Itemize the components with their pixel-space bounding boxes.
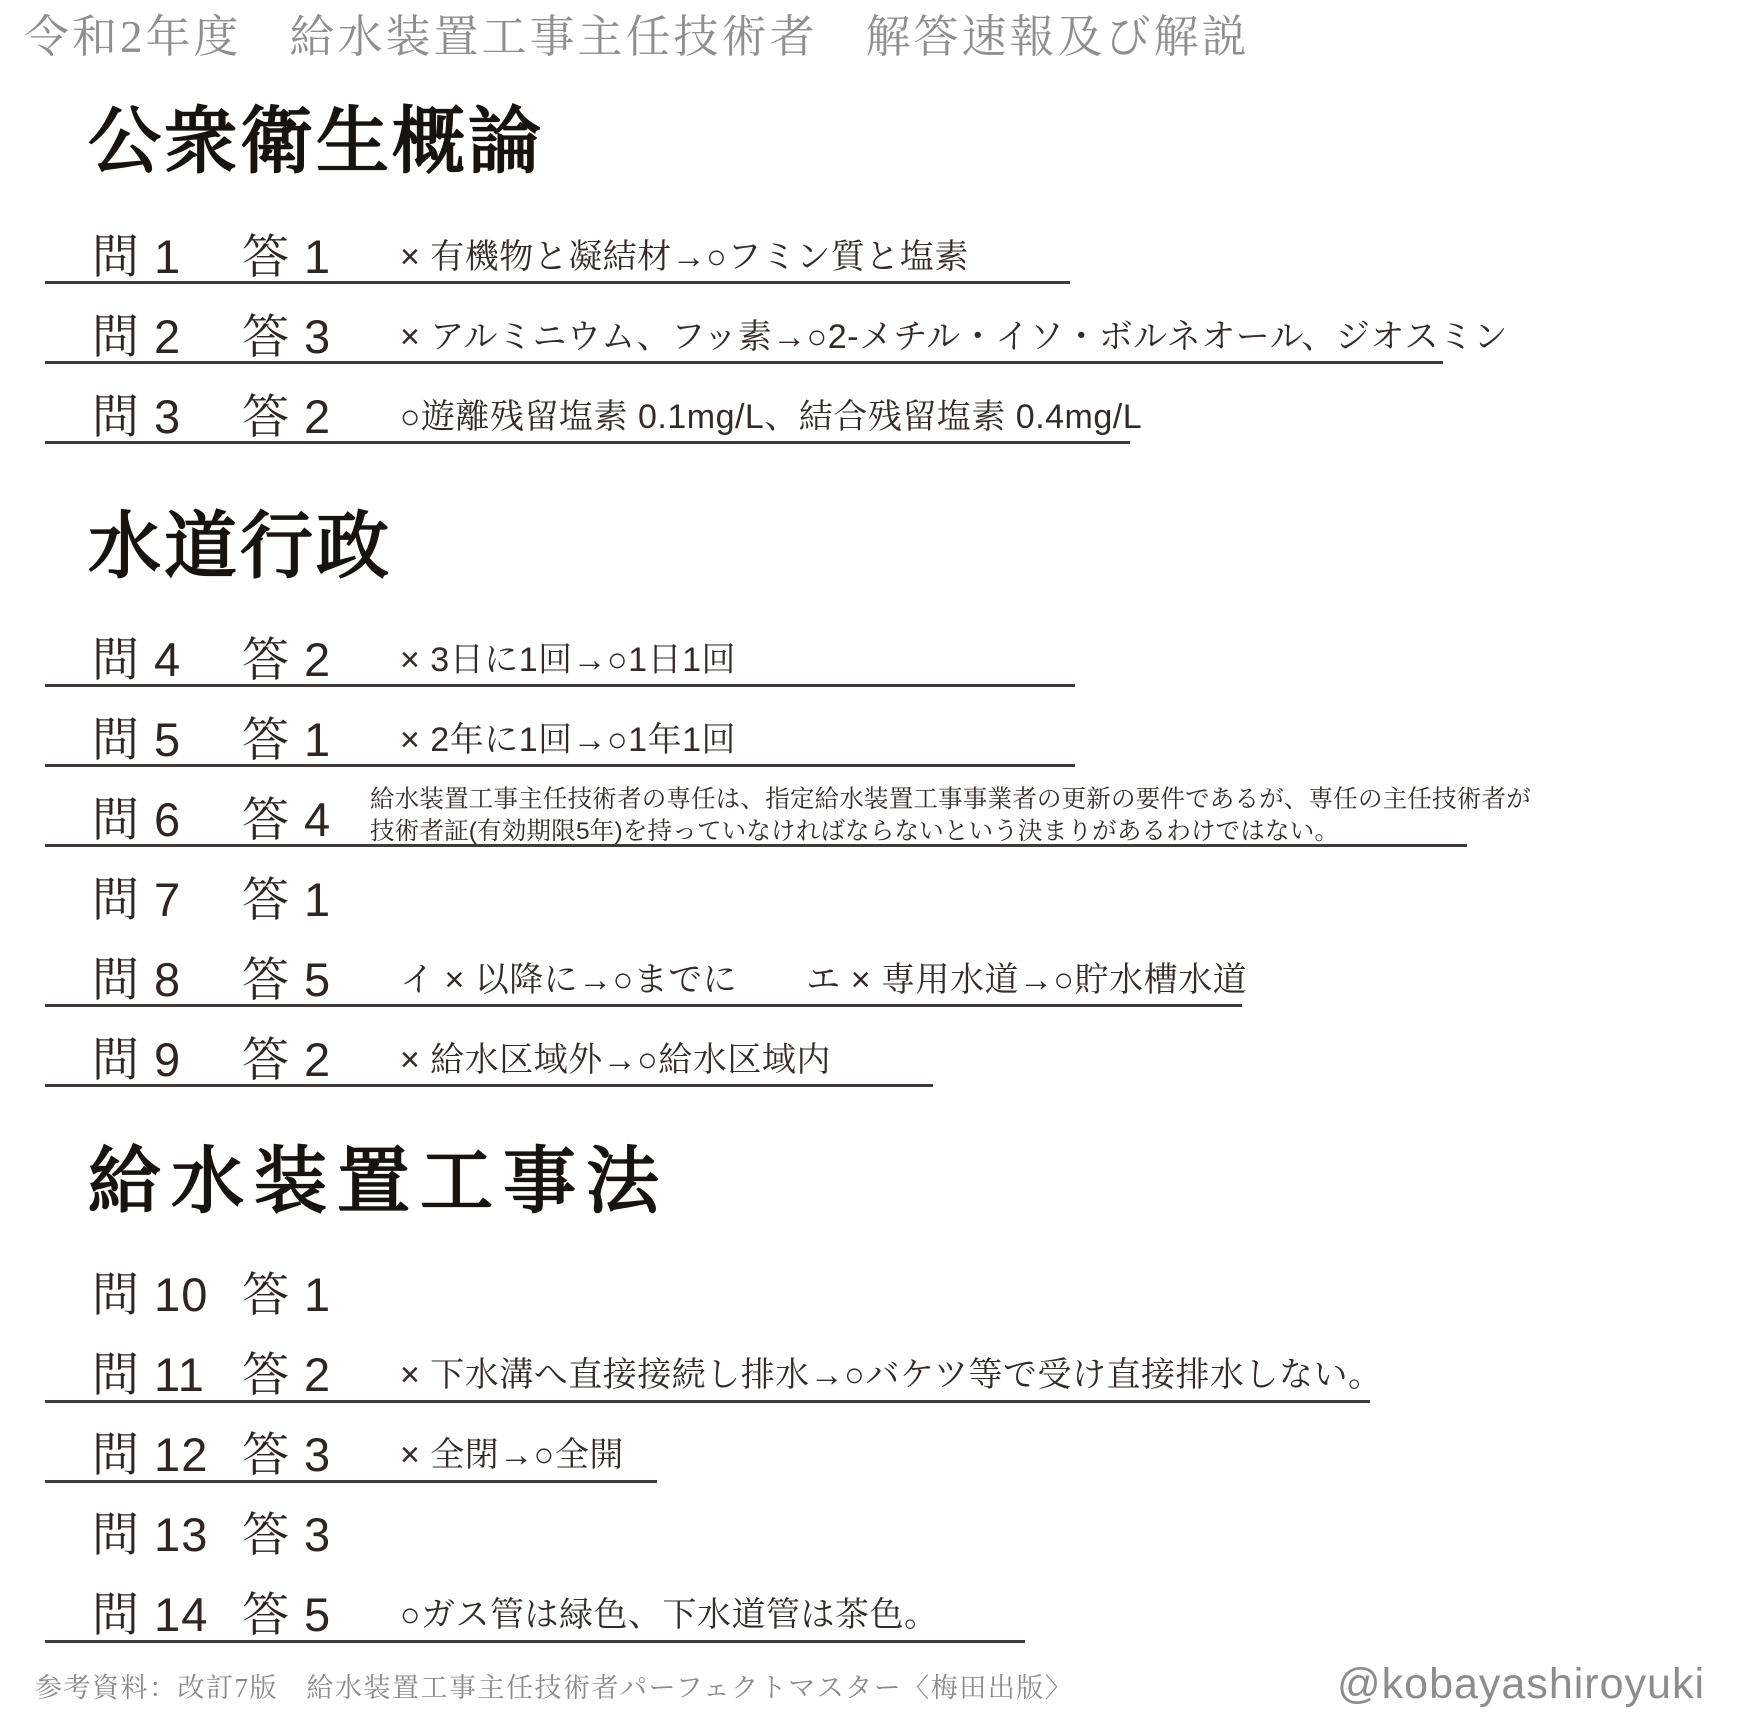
- question-label: 問 1: [92, 220, 242, 287]
- question-label: 問 13: [92, 1498, 242, 1565]
- section-heading-water-administration: 水道行政: [88, 505, 1705, 588]
- answer-label: 答 2: [242, 1338, 400, 1405]
- reference-note: 参考資料：改訂7版 給水装置工事主任技術者パーフェクトマスター〈梅田出版〉: [35, 1666, 1073, 1705]
- section-rows-construction-method: 問 10 答 1 問 11 答 2 × 下水溝へ直接接続し排水→○バケツ等で受け…: [45, 1252, 1705, 1652]
- answer-row-q1: 問 1 答 1 × 有機物と凝結材→○フミン質と塩素: [45, 213, 1705, 293]
- correction-note: × 有機物と凝結材→○フミン質と塩素: [400, 229, 969, 278]
- answer-row-q7: 問 7 答 1: [45, 856, 1705, 936]
- section-heading-public-health: 公衆衛生概論: [88, 100, 1705, 183]
- answer-row-q6: 問 6 答 4 給水装置工事主任技術者の専任は、指定給水装置工事事業者の更新の要…: [45, 776, 1705, 856]
- answer-row-q4: 問 4 答 2 × 3日に1回→○1日1回: [45, 616, 1705, 696]
- question-label: 問 2: [92, 300, 242, 367]
- answer-row-q9: 問 9 答 2 × 給水区域外→○給水区域内: [45, 1016, 1705, 1096]
- answer-row-q12: 問 12 答 3 × 全閉→○全開: [45, 1412, 1705, 1492]
- correction-note: × 全閉→○全開: [400, 1427, 624, 1476]
- row-divider: [45, 764, 1075, 767]
- answer-label: 答 1: [242, 1258, 400, 1325]
- answer-label: 答 2: [242, 1023, 400, 1090]
- section-heading-construction-method: 給水装置工事法: [88, 1140, 1705, 1223]
- answer-label: 答 2: [242, 623, 400, 690]
- answer-row-q8: 問 8 答 5 イ × 以降に→○までに エ × 専用水道→○貯水槽水道: [45, 936, 1705, 1016]
- question-label: 問 9: [92, 1023, 242, 1090]
- author-credit: @kobayashiroyuki: [1337, 1660, 1705, 1709]
- question-label: 問 14: [92, 1578, 242, 1645]
- question-label: 問 8: [92, 943, 242, 1010]
- correction-note: ○遊離残留塩素 0.1mg/L、結合残留塩素 0.4mg/L: [400, 389, 1142, 438]
- answer-label: 答 2: [242, 380, 400, 447]
- answer-row-q3: 問 3 答 2 ○遊離残留塩素 0.1mg/L、結合残留塩素 0.4mg/L: [45, 373, 1705, 453]
- section-rows-public-health: 問 1 答 1 × 有機物と凝結材→○フミン質と塩素 問 2 答 3 × アルミ…: [45, 213, 1705, 453]
- row-divider: [45, 844, 1467, 847]
- question-label: 問 5: [92, 703, 242, 770]
- row-divider: [45, 441, 1130, 444]
- answer-sheet-document: 令和2年度 給水装置工事主任技術者 解答速報及び解説 公衆衛生概論 問 1 答 …: [0, 0, 1741, 1721]
- correction-note: × 3日に1回→○1日1回: [400, 632, 736, 681]
- answer-row-q13: 問 13 答 3: [45, 1492, 1705, 1572]
- row-divider: [45, 281, 1070, 284]
- answer-label: 答 3: [242, 300, 400, 367]
- correction-note: ○ガス管は緑色、下水道管は茶色。: [400, 1587, 939, 1636]
- page-title: 令和2年度 給水装置工事主任技術者 解答速報及び解説: [24, 12, 1250, 64]
- row-divider: [45, 361, 1443, 364]
- document-content: 公衆衛生概論 問 1 答 1 × 有機物と凝結材→○フミン質と塩素 問 2 答 …: [45, 92, 1705, 1652]
- answer-row-q14: 問 14 答 5 ○ガス管は緑色、下水道管は茶色。: [45, 1572, 1705, 1652]
- answer-label: 答 3: [242, 1498, 400, 1565]
- row-divider: [45, 1400, 1370, 1403]
- row-divider: [45, 1480, 657, 1483]
- answer-row-q10: 問 10 答 1: [45, 1252, 1705, 1332]
- section-rows-water-administration: 問 4 答 2 × 3日に1回→○1日1回 問 5 答 1 × 2年に1回→○1…: [45, 616, 1705, 1096]
- question-label: 問 4: [92, 623, 242, 690]
- question-label: 問 12: [92, 1418, 242, 1485]
- answer-label: 答 3: [242, 1418, 400, 1485]
- question-label: 問 10: [92, 1258, 242, 1325]
- question-label: 問 3: [92, 380, 242, 447]
- answer-label: 答 5: [242, 943, 400, 1010]
- question-label: 問 11: [92, 1338, 242, 1405]
- answer-row-q5: 問 5 答 1 × 2年に1回→○1年1回: [45, 696, 1705, 776]
- correction-note: × 下水溝へ直接接続し排水→○バケツ等で受け直接排水しない。: [400, 1347, 1383, 1396]
- correction-note: × アルミニウム、フッ素→○2-メチル・イソ・ボルネオール、ジオスミン: [400, 309, 1508, 358]
- row-divider: [45, 1084, 933, 1087]
- correction-note: × 給水区域外→○給水区域内: [400, 1032, 831, 1081]
- row-divider: [45, 684, 1075, 687]
- answer-label: 答 1: [242, 703, 400, 770]
- answer-label: 答 5: [242, 1578, 400, 1645]
- answer-label: 答 1: [242, 863, 400, 930]
- row-divider: [45, 1004, 1242, 1007]
- correction-note-detailed: 給水装置工事主任技術者の専任は、指定給水装置工事事業者の更新の要件であるが、専任…: [370, 784, 1531, 849]
- row-divider: [45, 1640, 1025, 1643]
- question-label: 問 7: [92, 863, 242, 930]
- question-label: 問 6: [92, 783, 242, 850]
- answer-label: 答 1: [242, 220, 400, 287]
- correction-note: × 2年に1回→○1年1回: [400, 712, 736, 761]
- answer-row-q11: 問 11 答 2 × 下水溝へ直接接続し排水→○バケツ等で受け直接排水しない。: [45, 1332, 1705, 1412]
- answer-row-q2: 問 2 答 3 × アルミニウム、フッ素→○2-メチル・イソ・ボルネオール、ジオ…: [45, 293, 1705, 373]
- correction-note-line-1: 給水装置工事主任技術者の専任は、指定給水装置工事事業者の更新の要件であるが、専任…: [370, 784, 1531, 816]
- correction-note: イ × 以降に→○までに エ × 専用水道→○貯水槽水道: [400, 952, 1247, 1001]
